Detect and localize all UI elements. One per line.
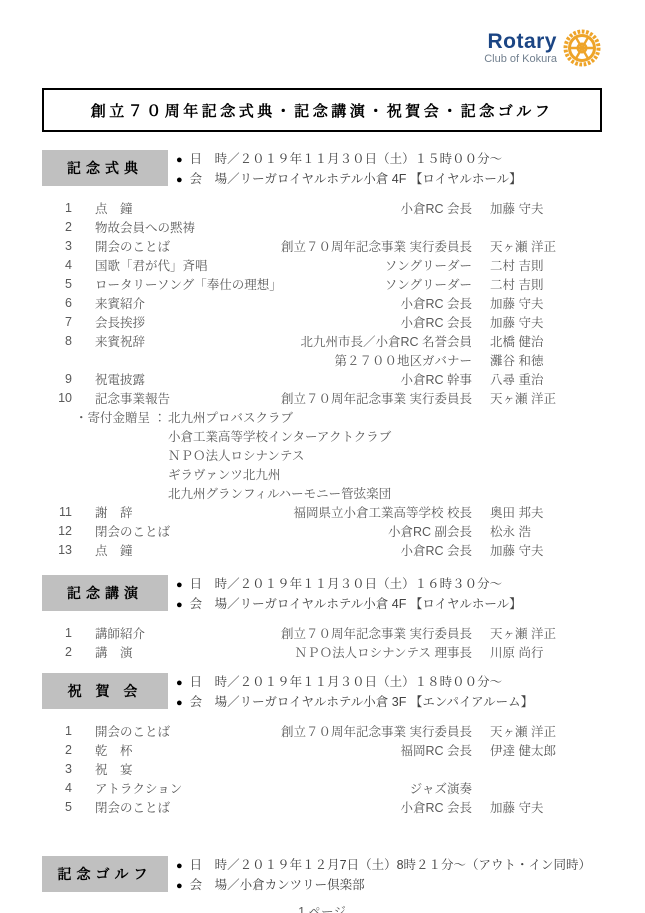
section-venue-text: 会 場／リーガロイヤルホテル小倉 3F 【エンパイアルーム】 bbox=[190, 695, 533, 709]
program-row-role: 福岡RC 会長 bbox=[133, 741, 472, 759]
bullet-icon: ● bbox=[176, 154, 183, 166]
program-row-role: 第２７００地区ガバナー bbox=[95, 351, 472, 369]
donation-row: ・寄付金贈呈 ：北九州プロバスクラブ bbox=[42, 407, 602, 426]
section-venue: ●会 場／小倉カンツリー倶楽部 bbox=[176, 876, 591, 896]
program-row: 10記念事業報告創立７０周年記念事業 実行委員長天ヶ瀬 洋正 bbox=[42, 388, 602, 407]
program-row: 3祝 宴 bbox=[42, 759, 602, 778]
section-lecture: 記念講演●日 時／２０１９年１１月３０日（土）１６時３０分～●会 場／リーガロイ… bbox=[42, 575, 602, 661]
bullet-icon: ● bbox=[176, 599, 183, 611]
bullet-icon: ● bbox=[176, 174, 183, 186]
donation-recipient: 北九州プロバスクラブ bbox=[168, 408, 293, 426]
section-datetime: ●日 時／２０１９年１２月7日（土）8時２１分～（アウト・イン同時） bbox=[176, 856, 591, 876]
program-row-label: アトラクション bbox=[95, 779, 182, 797]
program-row-person: 北橋 健治 bbox=[490, 332, 602, 350]
program-row-number: 11 bbox=[42, 505, 72, 519]
section-ceremony: 記念式典●日 時／２０１９年１１月３０日（土）１５時００分～●会 場／リーガロイ… bbox=[42, 150, 602, 559]
program-row-role: ソングリーダー bbox=[282, 275, 472, 293]
program-row-label: 物故会員への黙祷 bbox=[95, 218, 195, 236]
program-row: 7会長挨拶小倉RC 会長加藤 守夫 bbox=[42, 312, 602, 331]
program-row-person: 加藤 守夫 bbox=[490, 199, 602, 217]
section-head-golf: 記念ゴルフ●日 時／２０１９年１２月7日（土）8時２１分～（アウト・イン同時）●… bbox=[42, 856, 602, 896]
section-datetime-text: 日 時／２０１９年１１月３０日（土）１８時００分～ bbox=[190, 675, 503, 689]
donation-recipient: ギラヴァンツ北九州 bbox=[168, 465, 280, 483]
program-row-number: 2 bbox=[42, 220, 72, 234]
program-row-label: 祝 宴 bbox=[95, 760, 133, 778]
program-row-role: 小倉RC 幹事 bbox=[145, 370, 472, 388]
program-row-label: 講師紹介 bbox=[95, 624, 145, 642]
program-row: 第２７００地区ガバナー灘谷 和徳 bbox=[42, 350, 602, 369]
program-row: 3開会のことば創立７０周年記念事業 実行委員長天ヶ瀬 洋正 bbox=[42, 236, 602, 255]
program-row-person: 川原 尚行 bbox=[490, 643, 602, 661]
program-row-role: 創立７０周年記念事業 実行委員長 bbox=[170, 389, 472, 407]
program-row-label: 開会のことば bbox=[95, 722, 170, 740]
program-row-person: 天ヶ瀬 洋正 bbox=[490, 624, 602, 642]
program-row-label: 国歌「君が代」斉唱 bbox=[95, 256, 208, 274]
program-row: 1開会のことば創立７０周年記念事業 実行委員長天ヶ瀬 洋正 bbox=[42, 721, 602, 740]
section-meta-golf: ●日 時／２０１９年１２月7日（土）8時２１分～（アウト・イン同時）●会 場／小… bbox=[176, 856, 591, 896]
program-row-person: 奥田 邦夫 bbox=[490, 503, 602, 521]
section-datetime-text: 日 時／２０１９年１１月３０日（土）１６時３０分～ bbox=[190, 577, 503, 591]
section-meta-celebration: ●日 時／２０１９年１１月３０日（土）１８時００分～●会 場／リーガロイヤルホテ… bbox=[176, 673, 533, 713]
program-row-person: 松永 浩 bbox=[490, 522, 602, 540]
program-row-number: 5 bbox=[42, 800, 72, 814]
section-datetime-text: 日 時／２０１９年１１月３０日（土）１５時００分～ bbox=[190, 152, 503, 166]
section-datetime-text: 日 時／２０１９年１２月7日（土）8時２１分～（アウト・イン同時） bbox=[190, 858, 591, 872]
section-datetime: ●日 時／２０１９年１１月３０日（土）１６時３０分～ bbox=[176, 575, 522, 595]
program-row-label: 祝電披露 bbox=[95, 370, 145, 388]
section-venue: ●会 場／リーガロイヤルホテル小倉 4F 【ロイヤルホール】 bbox=[176, 170, 522, 190]
section-venue: ●会 場／リーガロイヤルホテル小倉 3F 【エンパイアルーム】 bbox=[176, 693, 533, 713]
donation-recipient: ＮＰＯ法人ロシナンテス bbox=[168, 446, 304, 464]
program-row-number: 6 bbox=[42, 296, 72, 310]
donation-row: ＮＰＯ法人ロシナンテス bbox=[42, 445, 602, 464]
program-row-role: 小倉RC 会長 bbox=[145, 313, 472, 331]
program-row-label: 来賓紹介 bbox=[95, 294, 145, 312]
program-row-label: 閉会のことば bbox=[95, 798, 170, 816]
program-row-person: 伊達 健太郎 bbox=[490, 741, 602, 759]
bullet-icon: ● bbox=[176, 677, 183, 689]
section-venue-text: 会 場／小倉カンツリー倶楽部 bbox=[190, 878, 365, 892]
program-row-role: ＮＰＯ法人ロシナンテス 理事長 bbox=[133, 643, 472, 661]
program-row-person: 加藤 守夫 bbox=[490, 313, 602, 331]
section-datetime: ●日 時／２０１９年１１月３０日（土）１８時００分～ bbox=[176, 673, 533, 693]
section-head-celebration: 祝 賀 会●日 時／２０１９年１１月３０日（土）１８時００分～●会 場／リーガロ… bbox=[42, 673, 602, 713]
program-row-person: 二村 吉則 bbox=[490, 275, 602, 293]
program-row-role: 小倉RC 会長 bbox=[133, 199, 472, 217]
program-row-number: 4 bbox=[42, 781, 72, 795]
program-row: 12閉会のことば小倉RC 副会長松永 浩 bbox=[42, 521, 602, 540]
program-row: 9祝電披露小倉RC 幹事八尋 重治 bbox=[42, 369, 602, 388]
program-row-person: 加藤 守夫 bbox=[490, 541, 602, 559]
program-row-role: 北九州市長／小倉RC 名誉会員 bbox=[145, 332, 472, 350]
program-row: 5閉会のことば小倉RC 会長加藤 守夫 bbox=[42, 797, 602, 816]
program-row: 5ロータリーソング「奉仕の理想」ソングリーダー二村 吉則 bbox=[42, 274, 602, 293]
program-row-person: 加藤 守夫 bbox=[490, 294, 602, 312]
program-row-role: 小倉RC 会長 bbox=[133, 541, 472, 559]
program-row-person: 灘谷 和徳 bbox=[490, 351, 602, 369]
section-datetime: ●日 時／２０１９年１１月３０日（土）１５時００分～ bbox=[176, 150, 522, 170]
program-row-person: 天ヶ瀬 洋正 bbox=[490, 722, 602, 740]
program-row: 13点 鐘小倉RC 会長加藤 守夫 bbox=[42, 540, 602, 559]
program-row-person: 二村 吉則 bbox=[490, 256, 602, 274]
program-row-number: 3 bbox=[42, 762, 72, 776]
program-row-number: 1 bbox=[42, 724, 72, 738]
section-head-ceremony: 記念式典●日 時／２０１９年１１月３０日（土）１５時００分～●会 場／リーガロイ… bbox=[42, 150, 602, 190]
program-rows-ceremony: 1点 鐘小倉RC 会長加藤 守夫2物故会員への黙祷3開会のことば創立７０周年記念… bbox=[42, 198, 602, 559]
program-row: 1点 鐘小倉RC 会長加藤 守夫 bbox=[42, 198, 602, 217]
rotary-logo-subtitle: Club of Kokura bbox=[484, 54, 557, 66]
program-rows-lecture: 1講師紹介創立７０周年記念事業 実行委員長天ヶ瀬 洋正2講 演ＮＰＯ法人ロシナン… bbox=[42, 623, 602, 661]
page-number: 1 ページ bbox=[42, 902, 602, 913]
program-row-label: 点 鐘 bbox=[95, 199, 133, 217]
section-venue: ●会 場／リーガロイヤルホテル小倉 4F 【ロイヤルホール】 bbox=[176, 595, 522, 615]
program-row-label: ロータリーソング「奉仕の理想」 bbox=[95, 275, 282, 293]
donation-recipient: 小倉工業高等学校インターアクトクラブ bbox=[168, 427, 391, 445]
program-row-number: 1 bbox=[42, 626, 72, 640]
rotary-logo-text-block: Rotary Club of Kokura bbox=[484, 31, 557, 66]
program-row: 4国歌「君が代」斉唱ソングリーダー二村 吉則 bbox=[42, 255, 602, 274]
program-row-number: 2 bbox=[42, 645, 72, 659]
program-row-label: 来賓祝辞 bbox=[95, 332, 145, 350]
program-row-role: 小倉RC 副会長 bbox=[170, 522, 472, 540]
program-row-number: 13 bbox=[42, 543, 72, 557]
section-golf: 記念ゴルフ●日 時／２０１９年１２月7日（土）8時２１分～（アウト・イン同時）●… bbox=[42, 856, 602, 896]
section-venue-text: 会 場／リーガロイヤルホテル小倉 4F 【ロイヤルホール】 bbox=[190, 172, 522, 186]
program-row-label: 点 鐘 bbox=[95, 541, 133, 559]
section-heading-celebration: 祝 賀 会 bbox=[42, 673, 168, 709]
program-row-role: 福岡県立小倉工業高等学校 校長 bbox=[133, 503, 472, 521]
program-row-role: 創立７０周年記念事業 実行委員長 bbox=[170, 237, 472, 255]
rotary-logo-brand: Rotary bbox=[484, 31, 557, 53]
section-meta-lecture: ●日 時／２０１９年１１月３０日（土）１６時３０分～●会 場／リーガロイヤルホテ… bbox=[176, 575, 522, 615]
program-row: 6来賓紹介小倉RC 会長加藤 守夫 bbox=[42, 293, 602, 312]
section-heading-golf: 記念ゴルフ bbox=[42, 856, 168, 892]
program-row-number: 12 bbox=[42, 524, 72, 538]
program-row-number: 5 bbox=[42, 277, 72, 291]
program-row: 2講 演ＮＰＯ法人ロシナンテス 理事長川原 尚行 bbox=[42, 642, 602, 661]
program-row: 2物故会員への黙祷 bbox=[42, 217, 602, 236]
program-row-person: 加藤 守夫 bbox=[490, 798, 602, 816]
section-head-lecture: 記念講演●日 時／２０１９年１１月３０日（土）１６時３０分～●会 場／リーガロイ… bbox=[42, 575, 602, 615]
donation-label: ・寄付金贈呈 ： bbox=[75, 408, 168, 426]
document-page: Rotary Club of Kokura 創立７０周年記念式典・記念講演・祝賀… bbox=[0, 0, 645, 913]
program-row: 11謝 辞福岡県立小倉工業高等学校 校長奥田 邦夫 bbox=[42, 502, 602, 521]
program-row-label: 乾 杯 bbox=[95, 741, 133, 759]
rotary-logo: Rotary Club of Kokura bbox=[42, 26, 602, 70]
bullet-icon: ● bbox=[176, 579, 183, 591]
program-row-number: 9 bbox=[42, 372, 72, 386]
program-row-person: 天ヶ瀬 洋正 bbox=[490, 237, 602, 255]
donation-row: 小倉工業高等学校インターアクトクラブ bbox=[42, 426, 602, 445]
donation-recipient: 北九州グランフィルハーモニー管弦楽団 bbox=[168, 484, 391, 502]
bullet-icon: ● bbox=[176, 860, 183, 872]
section-heading-lecture: 記念講演 bbox=[42, 575, 168, 611]
program-row-role: 創立７０周年記念事業 実行委員長 bbox=[145, 624, 472, 642]
section-venue-text: 会 場／リーガロイヤルホテル小倉 4F 【ロイヤルホール】 bbox=[190, 597, 522, 611]
section-heading-ceremony: 記念式典 bbox=[42, 150, 168, 186]
program-row-label: 会長挨拶 bbox=[95, 313, 145, 331]
bullet-icon: ● bbox=[176, 880, 183, 892]
program-row-label: 開会のことば bbox=[95, 237, 170, 255]
document-title: 創立７０周年記念式典・記念講演・祝賀会・記念ゴルフ bbox=[42, 88, 602, 132]
program-row: 8来賓祝辞北九州市長／小倉RC 名誉会員北橋 健治 bbox=[42, 331, 602, 350]
program-row-role: 小倉RC 会長 bbox=[145, 294, 472, 312]
program-row-number: 10 bbox=[42, 391, 72, 405]
program-row-number: 3 bbox=[42, 239, 72, 253]
program-row-role: 創立７０周年記念事業 実行委員長 bbox=[170, 722, 472, 740]
program-row-role: 小倉RC 会長 bbox=[170, 798, 472, 816]
donation-row: 北九州グランフィルハーモニー管弦楽団 bbox=[42, 483, 602, 502]
program-row-number: 4 bbox=[42, 258, 72, 272]
rotary-wheel-icon bbox=[562, 28, 602, 68]
program-row-label: 謝 辞 bbox=[95, 503, 133, 521]
bullet-icon: ● bbox=[176, 697, 183, 709]
program-row-role: ジャズ演奏 bbox=[182, 779, 472, 797]
program-row-number: 7 bbox=[42, 315, 72, 329]
program-rows-celebration: 1開会のことば創立７０周年記念事業 実行委員長天ヶ瀬 洋正2乾 杯福岡RC 会長… bbox=[42, 721, 602, 816]
program-row-person: 八尋 重治 bbox=[490, 370, 602, 388]
program-row: 1講師紹介創立７０周年記念事業 実行委員長天ヶ瀬 洋正 bbox=[42, 623, 602, 642]
donation-row: ギラヴァンツ北九州 bbox=[42, 464, 602, 483]
program-row-number: 2 bbox=[42, 743, 72, 757]
program-row-role: ソングリーダー bbox=[208, 256, 472, 274]
program-row-number: 8 bbox=[42, 334, 72, 348]
program-row-person: 天ヶ瀬 洋正 bbox=[490, 389, 602, 407]
program-row-label: 講 演 bbox=[95, 643, 133, 661]
sections-container: 記念式典●日 時／２０１９年１１月３０日（土）１５時００分～●会 場／リーガロイ… bbox=[42, 150, 602, 896]
program-row-number: 1 bbox=[42, 201, 72, 215]
section-meta-ceremony: ●日 時／２０１９年１１月３０日（土）１５時００分～●会 場／リーガロイヤルホテ… bbox=[176, 150, 522, 190]
program-row: 2乾 杯福岡RC 会長伊達 健太郎 bbox=[42, 740, 602, 759]
program-row: 4アトラクションジャズ演奏 bbox=[42, 778, 602, 797]
section-celebration: 祝 賀 会●日 時／２０１９年１１月３０日（土）１８時００分～●会 場／リーガロ… bbox=[42, 673, 602, 816]
program-row-label: 閉会のことば bbox=[95, 522, 170, 540]
program-row-label: 記念事業報告 bbox=[95, 389, 170, 407]
